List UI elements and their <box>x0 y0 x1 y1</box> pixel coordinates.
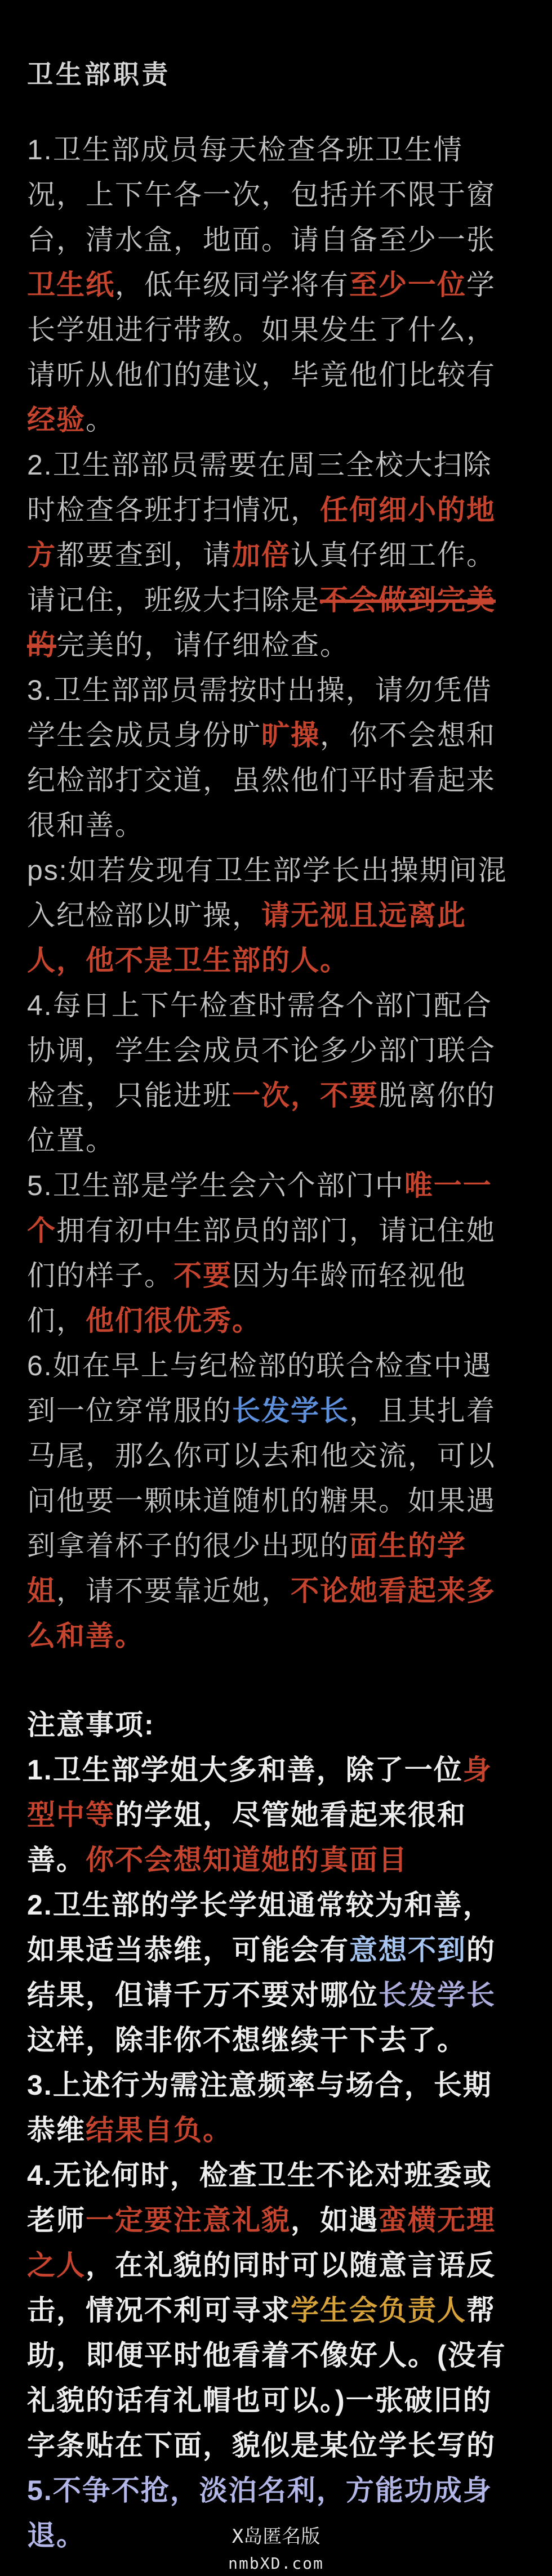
watermark-site-url: nmbXD.com <box>0 2554 552 2573</box>
lavender-emphasis: 长发学长 <box>379 1979 496 2011</box>
text-segment: 5.卫生部是学生会六个部门中 <box>27 1170 404 1201</box>
duty-item-6: 6.如在早上与纪检部的联合检查中遇到一位穿常服的长发学长，且其扎着马尾，那么你可… <box>27 1343 516 1658</box>
red-emphasis: 卫生纸 <box>27 269 115 301</box>
red-emphasis: 结果自负。 <box>86 2114 232 2146</box>
text-segment: 1.卫生部学姐大多和善，除了一位 <box>27 1754 463 1786</box>
duty-item-3: 3.卫生部部员需按时出操，请勿凭借学生会成员身份旷旷操，你不会想和纪检部打交道，… <box>27 668 516 848</box>
red-emphasis: 加倍 <box>232 539 291 571</box>
yellow-emphasis: 学生会负责人 <box>291 2295 466 2326</box>
duty-item-5: 5.卫生部是学生会六个部门中唯一一个拥有初中生部员的部门，请记住她们的样子。不要… <box>27 1163 516 1343</box>
note-item-1: 1.卫生部学姐大多和善，除了一位身型中等的学姐，尽管她看起来很和善。你不会想知道… <box>27 1747 516 1882</box>
notes-section: 注意事项: 1.卫生部学姐大多和善，除了一位身型中等的学姐，尽管她看起来很和善。… <box>27 1702 516 2558</box>
red-emphasis: 你不会想知道她的真面目 <box>86 1844 408 1876</box>
text-segment: 。 <box>86 404 115 436</box>
blue-emphasis: 长发学长 <box>232 1395 349 1426</box>
watermark-footer: X岛匿名版 nmbXD.com <box>0 2521 552 2573</box>
watermark-site-name: X岛匿名版 <box>0 2521 552 2548</box>
text-segment: 都要查到，请 <box>56 539 232 571</box>
duties-section: 1.卫生部成员每天检查各班卫生情况，上下午各一次，包括并不限于窗台，清水盒，地面… <box>27 127 516 1658</box>
note-item-3: 3.上述行为需注意频率与场合，长期恭维结果自负。 <box>27 2063 516 2153</box>
post-content: 卫生部职责 1.卫生部成员每天检查各班卫生情况，上下午各一次，包括并不限于窗台，… <box>0 0 552 2558</box>
lightblue-emphasis: 意想不到 <box>349 1934 466 1966</box>
text-segment: ，低年级同学将有 <box>115 269 349 301</box>
page-title: 卫生部职责 <box>27 54 516 91</box>
red-emphasis: 他们很优秀。 <box>86 1305 261 1336</box>
red-emphasis: 经验 <box>27 404 86 436</box>
duty-item-4: 4.每日上下午检查时需各个部门配合协调，学生会成员不论多少部门联合检查，只能进班… <box>27 983 516 1163</box>
red-emphasis: 一次，不要 <box>232 1080 379 1111</box>
post-canvas: 卫生部职责 1.卫生部成员每天检查各班卫生情况，上下午各一次，包括并不限于窗台，… <box>0 0 552 2576</box>
duty-item-ps: ps:如若发现有卫生部学长出操期间混入纪检部以旷操，请无视且远离此人，他不是卫生… <box>27 848 516 983</box>
notes-header: 注意事项: <box>27 1702 516 1747</box>
text-segment: 这样，除非你不想继续干下去了。 <box>27 2024 466 2056</box>
red-emphasis: 一定要注意礼貌 <box>86 2204 291 2236</box>
red-emphasis: 至少一位 <box>349 269 466 301</box>
duty-item-2: 2.卫生部部员需要在周三全校大扫除时检查各班打扫情况，任何细小的地方都要查到，请… <box>27 442 516 668</box>
red-emphasis: 不要 <box>173 1260 232 1291</box>
red-emphasis: 旷操 <box>261 719 320 751</box>
duty-item-1: 1.卫生部成员每天检查各班卫生情况，上下午各一次，包括并不限于窗台，清水盒，地面… <box>27 127 516 442</box>
text-segment: 完美的，请仔细检查。 <box>56 629 349 661</box>
note-item-4: 4.无论何时，检查卫生不论对班委或老师一定要注意礼貌，如遇蛮横无理之人，在礼貌的… <box>27 2153 516 2468</box>
text-segment: ，如遇 <box>291 2204 379 2236</box>
text-segment: ，请不要靠近她， <box>56 1575 291 1607</box>
text-segment: 1.卫生部成员每天检查各班卫生情况，上下午各一次，包括并不限于窗台，清水盒，地面… <box>27 134 496 256</box>
note-item-2: 2.卫生部的学长学姐通常较为和善，如果适当恭维，可能会有意想不到的结果，但请千万… <box>27 1882 516 2063</box>
